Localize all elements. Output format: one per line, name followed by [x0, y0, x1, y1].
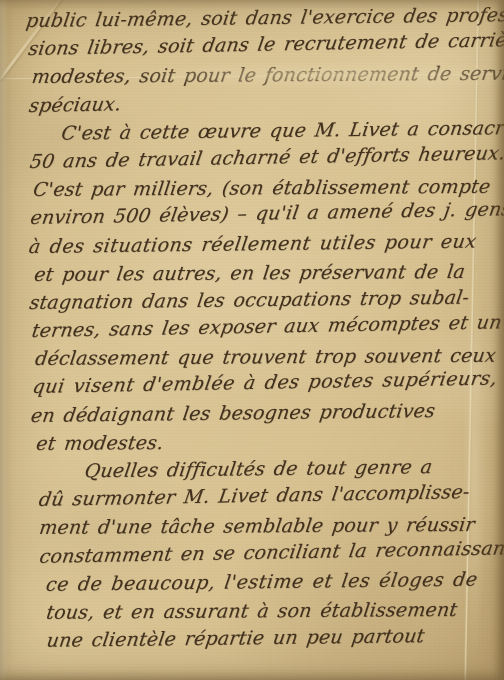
handwritten-text: public lui-même, soit dans l'exercice de… — [26, 1, 504, 655]
manuscript-line: à des situations réellement utiles pour … — [27, 227, 501, 261]
manuscript-page: public lui-même, soit dans l'exercice de… — [0, 0, 504, 680]
manuscript-line: ce de beaucoup, l'estime et les éloges d… — [44, 565, 504, 599]
paper-fold-fade — [0, 58, 504, 92]
paper-left-edge-highlight — [0, 0, 8, 680]
manuscript-paragraph: Quelles difficultés de tout genre adû su… — [32, 452, 504, 655]
manuscript-line: une clientèle répartie un peu partout — [45, 621, 504, 655]
manuscript-line: en dédaignant les besognes productives — [29, 396, 503, 430]
manuscript-paragraph: C'est à cette œuvre que M. Livet a consa… — [27, 114, 501, 458]
